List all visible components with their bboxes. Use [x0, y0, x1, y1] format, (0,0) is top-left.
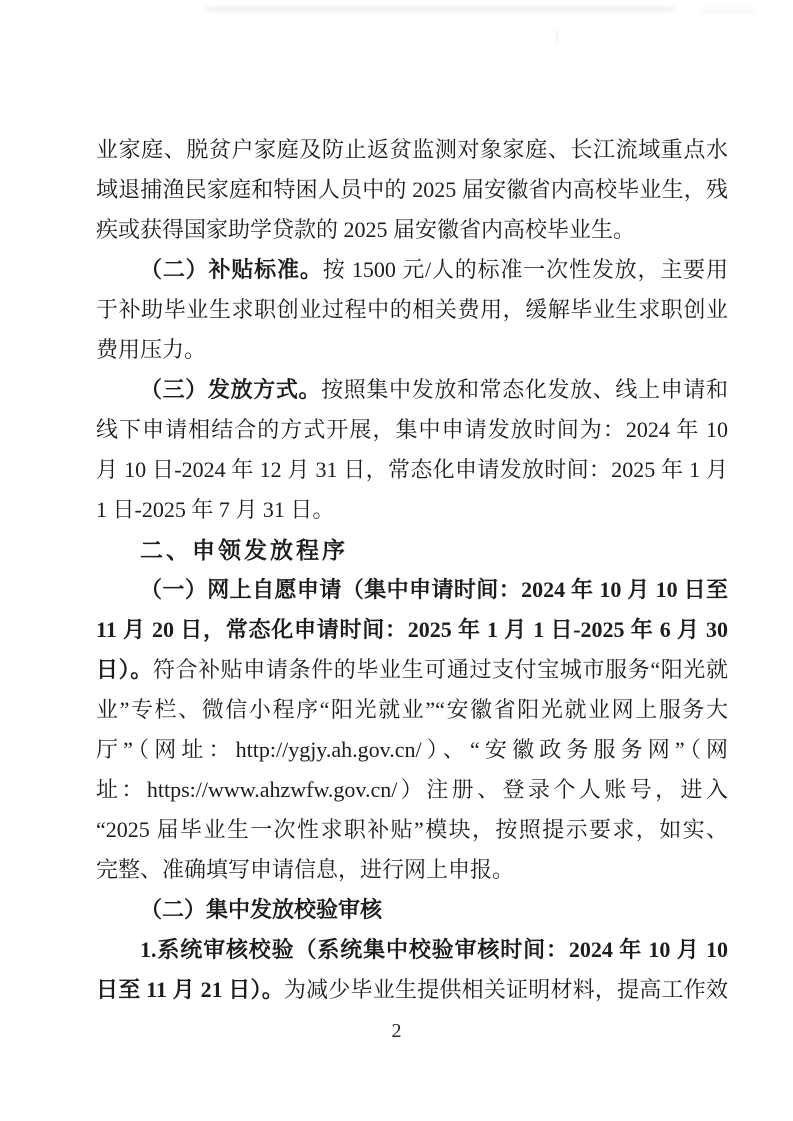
text-line: 厅”（网址：http://ygjy.ah.gov.cn/）、“安徽政务服务网”（…: [96, 730, 728, 770]
text-segment: 疾或获得国家助学贷款的 2025 届安徽省内高校毕业生。: [96, 217, 635, 242]
text-segment: 11 月 20 日，常态化申请时间：2025 年 1 月 1 日-2025 年 …: [96, 617, 728, 642]
text-segment: 1.系统审核校验（系统集中校验审核时间：2024 年 10 月 10: [140, 937, 728, 962]
text-segment: （一）网上自愿申请（集中申请时间：2024 年 10 月 10 日至: [140, 577, 728, 602]
text-segment: 厅”（网址：http://ygjy.ah.gov.cn/）、“安徽政务服务网”（…: [96, 737, 728, 762]
text-line: 费用压力。: [96, 330, 728, 370]
text-segment: 符合补贴申请条件的毕业生可通过支付宝城市服务“阳光就: [153, 657, 728, 682]
text-segment: 二、申领发放程序: [140, 537, 348, 563]
text-segment: 日）。: [96, 657, 153, 682]
text-segment: 址：https://www.ahzwfw.gov.cn/）注册、登录个人账号，进…: [96, 777, 728, 802]
text-segment: （二）集中发放校验审核: [140, 897, 382, 922]
scan-smudge: [205, 7, 675, 12]
text-segment: 月 10 日-2024 年 12 月 31 日，常态化申请发放时间：2025 年…: [96, 457, 728, 482]
text-line: 1 日-2025 年 7 月 31 日。: [96, 490, 728, 530]
text-segment: 业家庭、脱贫户家庭及防止返贫监测对象家庭、长江流域重点水: [96, 137, 728, 162]
text-line: 日）。符合补贴申请条件的毕业生可通过支付宝城市服务“阳光就: [96, 650, 728, 690]
text-segment: 业”专栏、微信小程序“阳光就业”“安徽省阳光就业网上服务大: [96, 697, 728, 722]
scan-smudge: [556, 30, 558, 44]
document-lines: 业家庭、脱贫户家庭及防止返贫监测对象家庭、长江流域重点水域退捕渔民家庭和特困人员…: [96, 130, 728, 1010]
text-line: 11 月 20 日，常态化申请时间：2025 年 1 月 1 日-2025 年 …: [96, 610, 728, 650]
scan-smudge: [700, 9, 755, 13]
text-line: （二）集中发放校验审核: [96, 890, 728, 930]
text-line: 业家庭、脱贫户家庭及防止返贫监测对象家庭、长江流域重点水: [96, 130, 728, 170]
text-line: （三）发放方式。按照集中发放和常态化发放、线上申请和: [96, 370, 728, 410]
text-segment: 于补助毕业生求职创业过程中的相关费用，缓解毕业生求职创业: [96, 297, 728, 322]
text-segment: 线下申请相结合的方式开展，集中申请发放时间为：2024 年 10: [96, 417, 728, 442]
text-segment: 域退捕渔民家庭和特困人员中的 2025 届安徽省内高校毕业生，残: [96, 177, 728, 202]
text-line: 于补助毕业生求职创业过程中的相关费用，缓解毕业生求职创业: [96, 290, 728, 330]
text-segment: （二）补贴标准。: [140, 257, 323, 282]
text-segment: 1 日-2025 年 7 月 31 日。: [96, 497, 334, 522]
text-segment: 按 1500 元/人的标准一次性发放，主要用: [323, 257, 728, 282]
text-line: 址：https://www.ahzwfw.gov.cn/）注册、登录个人账号，进…: [96, 770, 728, 810]
text-line: （一）网上自愿申请（集中申请时间：2024 年 10 月 10 日至: [96, 570, 728, 610]
text-line: 完整、准确填写申请信息，进行网上申报。: [96, 850, 728, 890]
text-segment: 完整、准确填写申请信息，进行网上申报。: [96, 857, 514, 882]
text-segment: “2025 届毕业生一次性求职补贴”模块，按照提示要求，如实、: [96, 817, 728, 842]
page-number: 2: [0, 1016, 793, 1046]
text-segment: 日至 11 月 21 日）。: [96, 977, 284, 1002]
text-segment: 按照集中发放和常态化发放、线上申请和: [321, 377, 728, 402]
text-line: 1.系统审核校验（系统集中校验审核时间：2024 年 10 月 10: [96, 930, 728, 970]
document-page: 业家庭、脱贫户家庭及防止返贫监测对象家庭、长江流域重点水域退捕渔民家庭和特困人员…: [0, 0, 793, 1121]
text-line: 月 10 日-2024 年 12 月 31 日，常态化申请发放时间：2025 年…: [96, 450, 728, 490]
text-segment: 费用压力。: [96, 337, 206, 362]
text-line: （二）补贴标准。按 1500 元/人的标准一次性发放，主要用: [96, 250, 728, 290]
text-line: 日至 11 月 21 日）。为减少毕业生提供相关证明材料，提高工作效: [96, 970, 728, 1010]
text-segment: （三）发放方式。: [140, 377, 321, 402]
text-line: 二、申领发放程序: [96, 530, 728, 570]
text-line: 域退捕渔民家庭和特困人员中的 2025 届安徽省内高校毕业生，残: [96, 170, 728, 210]
text-segment: 为减少毕业生提供相关证明材料，提高工作效: [284, 977, 728, 1002]
text-line: 疾或获得国家助学贷款的 2025 届安徽省内高校毕业生。: [96, 210, 728, 250]
text-line: 业”专栏、微信小程序“阳光就业”“安徽省阳光就业网上服务大: [96, 690, 728, 730]
text-line: 线下申请相结合的方式开展，集中申请发放时间为：2024 年 10: [96, 410, 728, 450]
text-line: “2025 届毕业生一次性求职补贴”模块，按照提示要求，如实、: [96, 810, 728, 850]
